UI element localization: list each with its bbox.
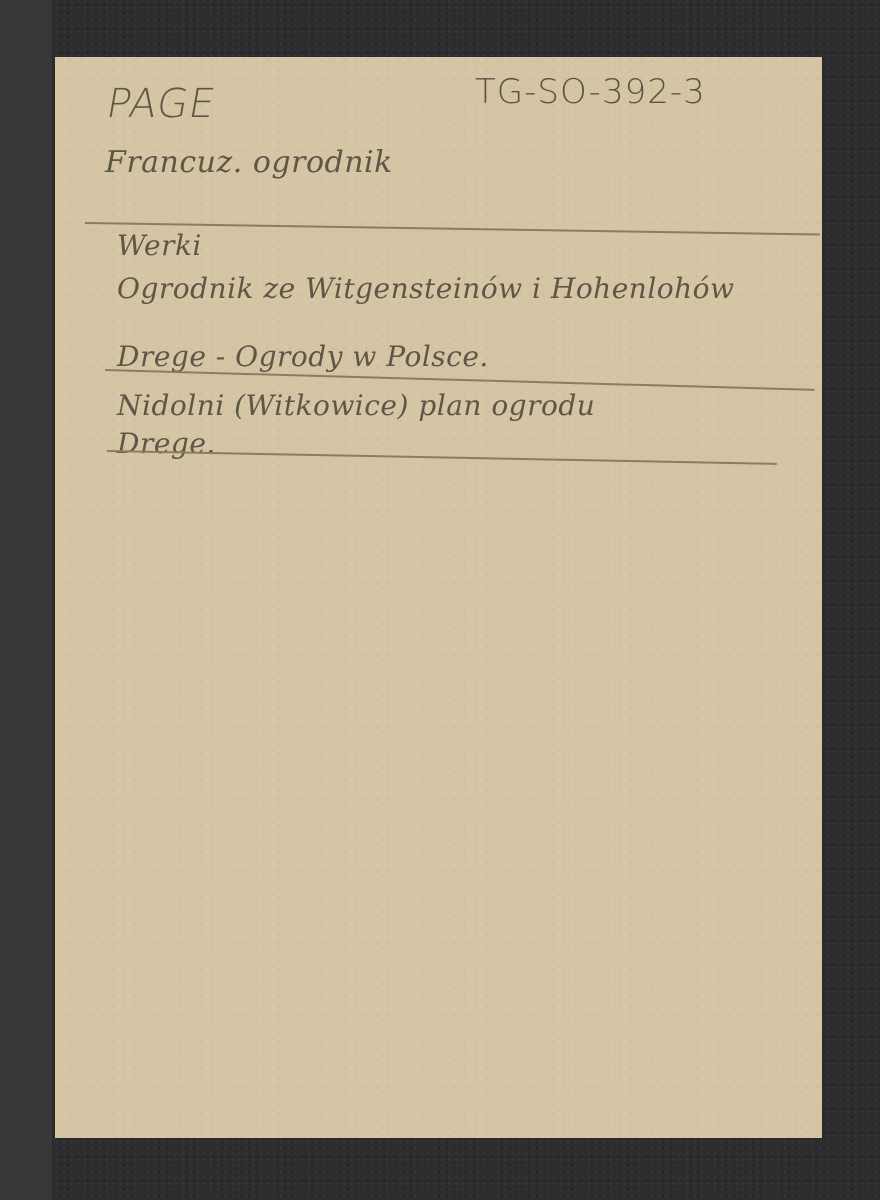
card-subtitle: Francuz. ogrodnik xyxy=(105,145,393,180)
call-number: TG-SO-392-3 xyxy=(475,72,706,112)
catalog-card: PAGE TG-SO-392-3 Francuz. ogrodnik Werki… xyxy=(55,57,822,1138)
binder-spine xyxy=(0,0,52,1200)
entry-4: Nidolni (Witkowice) plan ogrodu xyxy=(117,389,595,422)
entry-2: Ogrodnik ze Witgensteinów i Hohenlohów xyxy=(117,272,735,305)
entry-3: Drege - Ogrody w Polsce. xyxy=(117,340,489,373)
card-title: PAGE xyxy=(103,81,220,127)
entry-5: Drege. xyxy=(117,427,216,460)
entry-1: Werki xyxy=(117,229,202,262)
